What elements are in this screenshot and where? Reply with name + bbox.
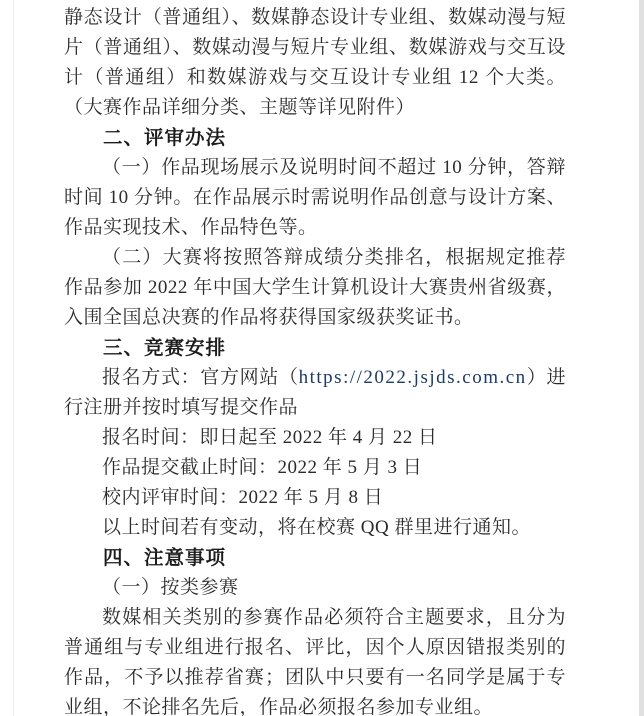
paragraph-signup-method: 报名方式：官方网站（https://2022.jsjds.com.cn）进行注册… (64, 363, 566, 423)
paragraph-submission-deadline: 作品提交截止时间：2022 年 5 月 3 日 (64, 453, 566, 483)
heading-notes: 四、注意事项 (64, 543, 566, 573)
official-website-link[interactable]: https://2022.jsjds.com.cn (299, 367, 527, 388)
heading-review-methods: 二、评审办法 (64, 123, 566, 153)
paragraph-note1-title: （一）按类参赛 (64, 573, 566, 603)
paragraph-review-2: （二）大赛将按照答辩成绩分类排名，根据规定推荐作品参加 2022 年中国大学生计… (64, 243, 566, 333)
signup-method-label: 报名方式：官方网站（ (102, 367, 299, 388)
document-body: 静态设计（普通组）、数媒静态设计专业组、数媒动漫与短片（普通组）、数媒动漫与短片… (64, 3, 566, 716)
heading-competition-schedule: 三、竞赛安排 (64, 333, 566, 363)
paragraph-signup-time: 报名时间：即日起至 2022 年 4 月 22 日 (64, 423, 566, 453)
document-page: 静态设计（普通组）、数媒静态设计专业组、数媒动漫与短片（普通组）、数媒动漫与短片… (0, 0, 644, 716)
page-left-edge (13, 0, 14, 716)
page-right-edge (639, 0, 644, 716)
paragraph-review-1: （一）作品现场展示及说明时间不超过 10 分钟，答辩时间 10 分钟。在作品展示… (64, 153, 566, 243)
paragraph-category-list: 静态设计（普通组）、数媒静态设计专业组、数媒动漫与短片（普通组）、数媒动漫与短片… (64, 3, 566, 123)
paragraph-campus-review-time: 校内评审时间：2022 年 5 月 8 日 (64, 483, 566, 513)
paragraph-change-notice: 以上时间若有变动，将在校赛 QQ 群里进行通知。 (64, 513, 566, 543)
paragraph-note1-body: 数媒相关类别的参赛作品必须符合主题要求，且分为普通组与专业组进行报名、评比，因个… (64, 603, 566, 716)
